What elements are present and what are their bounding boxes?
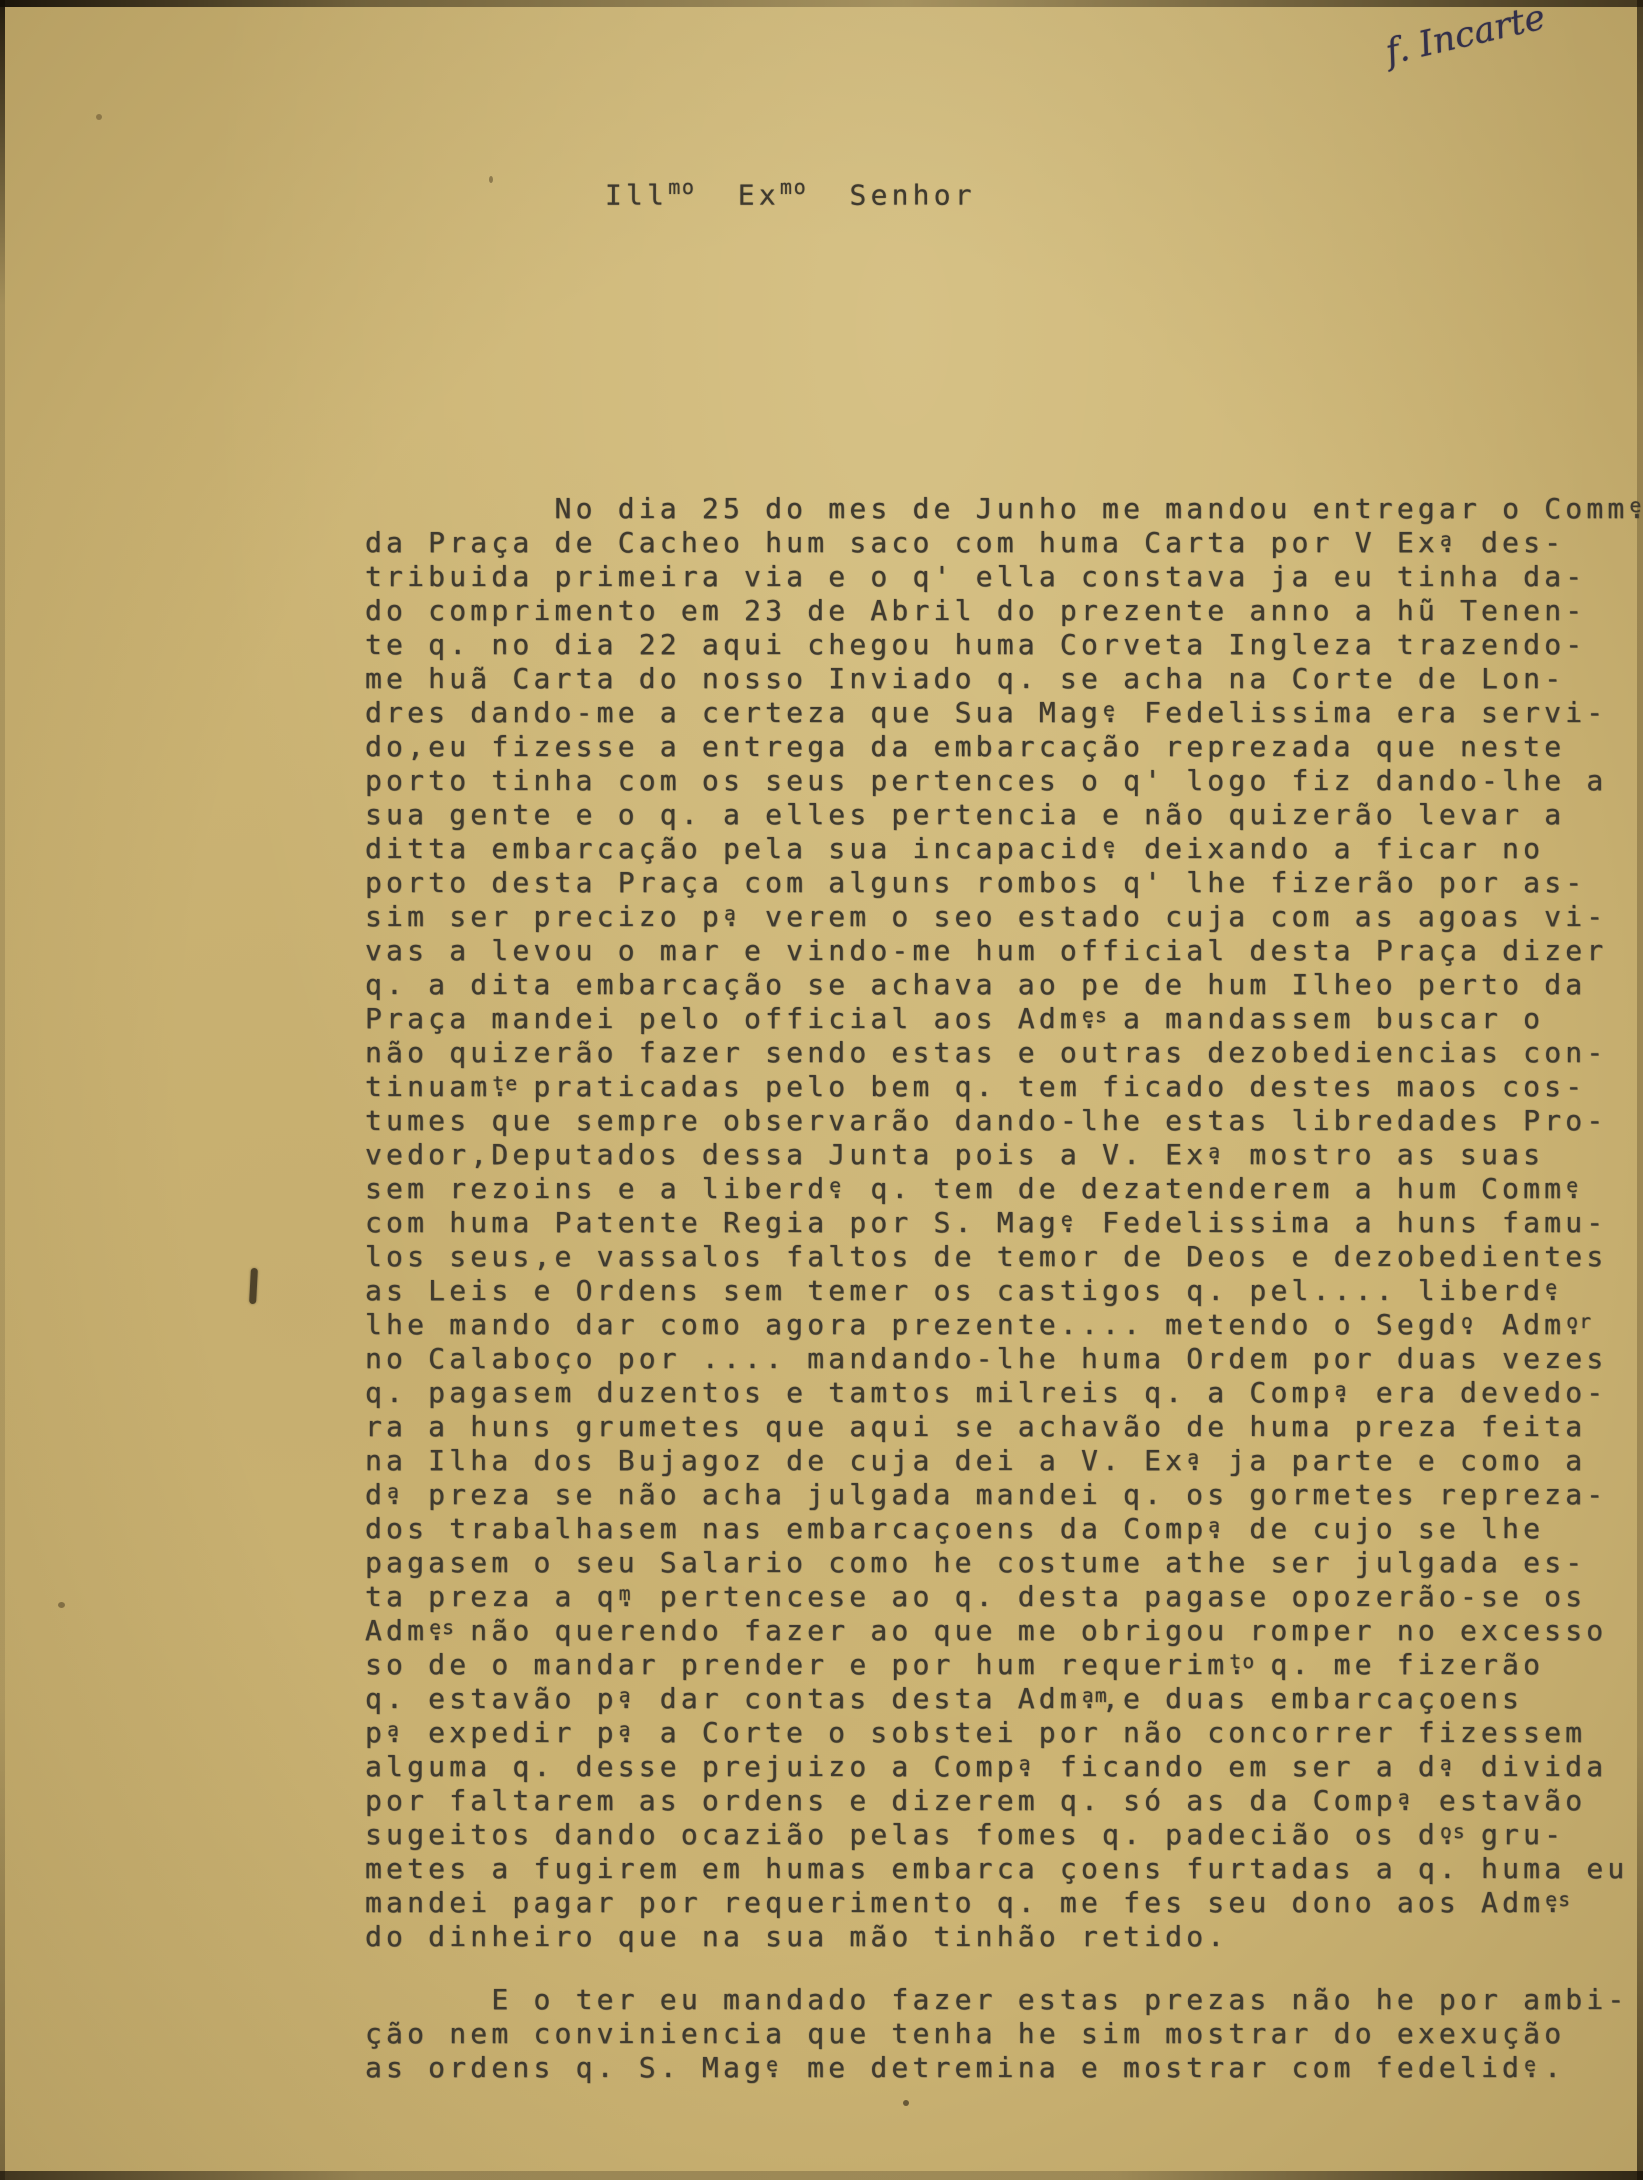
letter-line: te q. no dia 22 aqui chegou huma Corveta…: [365, 628, 1635, 662]
letter-line: sem rezoins e a liberde. q. tem de dezat…: [365, 1172, 1635, 1206]
superscript-over-dot: m.: [618, 1580, 639, 1614]
superscript-over-dot: e.: [1523, 2051, 1544, 2085]
letter-line: pa. expedir pa. a Corte o sobstei por nã…: [365, 1716, 1635, 1750]
superscript-over-dot: e.: [1060, 1206, 1081, 1240]
scan-edge-bottom: [0, 2171, 1643, 2180]
letter-paragraph-1: No dia 25 do mes de Junho me mandou entr…: [365, 492, 1635, 1954]
superscript-over-dot: a.: [1397, 1784, 1418, 1818]
superscript-over-dot: a.: [723, 900, 744, 934]
superscript-over-dot: o.: [1460, 1308, 1481, 1342]
letter-line: ditta embarcação pela sua incapacide. de…: [365, 832, 1635, 866]
letter-line: na Ilha dos Bujagoz de cuja dei a V. Exa…: [365, 1444, 1635, 1478]
letter-line: ra a huns grumetes que aqui se achavão d…: [365, 1410, 1635, 1444]
letter-line: Praça mandei pelo official aos Admes. a …: [365, 1002, 1635, 1036]
superscript-over-dot: a.: [1018, 1750, 1039, 1784]
paper-speck: [58, 1602, 65, 1608]
letter-line: q. pagasem duzentos e tamtos milreis q. …: [365, 1376, 1635, 1410]
superscript-over-dot: a.: [1207, 1512, 1228, 1546]
paper-speck: [96, 114, 102, 120]
superscript-over-dot: or.: [1565, 1308, 1586, 1342]
letter-line: não quizerão fazer sendo estas e outras …: [365, 1036, 1635, 1070]
letter-line: no Calaboço por .... mandando-lhe huma O…: [365, 1342, 1635, 1376]
letter-line: do dinheiro que na sua mão tinhão retido…: [365, 1920, 1635, 1954]
letter-line: ção nem conviniencia que tenha he sim mo…: [365, 2017, 1635, 2051]
letter-line: da Praça de Cacheo hum saco com huma Car…: [365, 526, 1635, 560]
ink-smudge: [249, 1268, 258, 1304]
superscript-over-dot: a.: [386, 1716, 407, 1750]
document-page: { "page": { "paper_color": "#ccb474", "i…: [0, 0, 1643, 2180]
letter-line: lhe mando dar como agora prezente.... me…: [365, 1308, 1635, 1342]
letter-heading: Illmo Exmo Senhor: [605, 170, 976, 212]
letter-line: mandei pagar por requerimento q. me fes …: [365, 1886, 1635, 1920]
letter-line: sim ser precizo pa. verem o seo estado c…: [365, 900, 1635, 934]
superscript-over-dot: a.: [1207, 1138, 1228, 1172]
letter-line: tinuamte. praticadas pelo bem q. tem fic…: [365, 1070, 1635, 1104]
letter-line: dos trabalhasem nas embarcaçoens da Comp…: [365, 1512, 1635, 1546]
letter-line: q. estavão pa. dar contas desta Admam.,e…: [365, 1682, 1635, 1716]
superscript-over-dot: a.: [1439, 526, 1460, 560]
superscript-over-dot: e.: [1565, 1172, 1586, 1206]
letter-line: E o ter eu mandado fazer estas prezas nã…: [365, 1983, 1635, 2017]
superscript-over-dot: e.: [1102, 696, 1123, 730]
scan-edge-right: [1637, 0, 1643, 2180]
superscript-over-dot: am.: [1081, 1682, 1102, 1716]
letter-line: dres dando-me a certeza que Sua Mage. Fe…: [365, 696, 1635, 730]
letter-line: do comprimento em 23 de Abril do prezent…: [365, 594, 1635, 628]
letter-line: Admes. não querendo fazer ao que me obri…: [365, 1614, 1635, 1648]
superscript-over-dot: e.: [1102, 832, 1123, 866]
letter-line: por faltarem as ordens e dizerem q. só a…: [365, 1784, 1635, 1818]
letter-line: sua gente e o q. a elles pertencia e não…: [365, 798, 1635, 832]
superscript-over-dot: es.: [428, 1614, 449, 1648]
letter-line: da. preza se não acha julgada mandei q. …: [365, 1478, 1635, 1512]
superscript-over-dot: e.: [1544, 1274, 1565, 1308]
superscript-over-dot: e.: [765, 2051, 786, 2085]
paper-speck: [489, 176, 493, 183]
letter-line: com huma Patente Regia por S. Mage. Fede…: [365, 1206, 1635, 1240]
superscript-over-dot: a.: [1186, 1444, 1207, 1478]
superscript-over-dot: os.: [1439, 1818, 1460, 1852]
letter-line: tribuida primeira via e o q' ella consta…: [365, 560, 1635, 594]
superscript-over-dot: a.: [386, 1478, 407, 1512]
letter-line: q. a dita embarcação se achava ao pe de …: [365, 968, 1635, 1002]
superscript-over-dot: to.: [1228, 1648, 1249, 1682]
letter-line: pagasem o seu Salario como he costume at…: [365, 1546, 1635, 1580]
letter-line: sugeitos dando ocazião pelas fomes q. pa…: [365, 1818, 1635, 1852]
scan-edge-left: [0, 0, 5, 2180]
letter-line: los seus,e vassalos faltos de temor de D…: [365, 1240, 1635, 1274]
letter-line: do,eu fizesse a entrega da embarcação re…: [365, 730, 1635, 764]
letter-line: so de o mandar prender e por hum requeri…: [365, 1648, 1635, 1682]
letter-line: alguma q. desse prejuizo a Compa. ficand…: [365, 1750, 1635, 1784]
letter-line: as ordens q. S. Mage. me detremina e mos…: [365, 2051, 1635, 2085]
superscript-over-dot: te.: [491, 1070, 512, 1104]
paper-speck: [903, 2100, 909, 2106]
superscript-over-dot: e.: [1628, 492, 1643, 526]
letter-line: me huã Carta do nosso Inviado q. se acha…: [365, 662, 1635, 696]
superscript: mo: [668, 175, 695, 199]
letter-line: metes a fugirem em humas embarca çoens f…: [365, 1852, 1635, 1886]
letter-paragraph-2: E o ter eu mandado fazer estas prezas nã…: [365, 1983, 1635, 2085]
letter-line: tumes que sempre observarão dando-lhe es…: [365, 1104, 1635, 1138]
letter-body: No dia 25 do mes de Junho me mandou entr…: [365, 492, 1635, 2085]
letter-line: vas a levou o mar e vindo-me hum officia…: [365, 934, 1635, 968]
letter-line: No dia 25 do mes de Junho me mandou entr…: [365, 492, 1635, 526]
superscript-over-dot: a.: [618, 1716, 639, 1750]
scan-edge-top: [0, 0, 1643, 7]
superscript-over-dot: a.: [1334, 1376, 1355, 1410]
superscript-over-dot: es.: [1081, 1002, 1102, 1036]
letter-line: ta preza a qm. pertencese ao q. desta pa…: [365, 1580, 1635, 1614]
superscript-over-dot: es.: [1544, 1886, 1565, 1920]
handwritten-signature: f. Incarte: [1382, 0, 1625, 73]
superscript-over-dot: e.: [828, 1172, 849, 1206]
letter-line: vedor,Deputados dessa Junta pois a V. Ex…: [365, 1138, 1635, 1172]
letter-line: as Leis e Ordens sem temer os castigos q…: [365, 1274, 1635, 1308]
letter-line: porto desta Praça com alguns rombos q' l…: [365, 866, 1635, 900]
letter-line: porto tinha com os seus pertences o q' l…: [365, 764, 1635, 798]
superscript-over-dot: a.: [618, 1682, 639, 1716]
superscript: mo: [780, 175, 807, 199]
superscript-over-dot: a.: [1439, 1750, 1460, 1784]
